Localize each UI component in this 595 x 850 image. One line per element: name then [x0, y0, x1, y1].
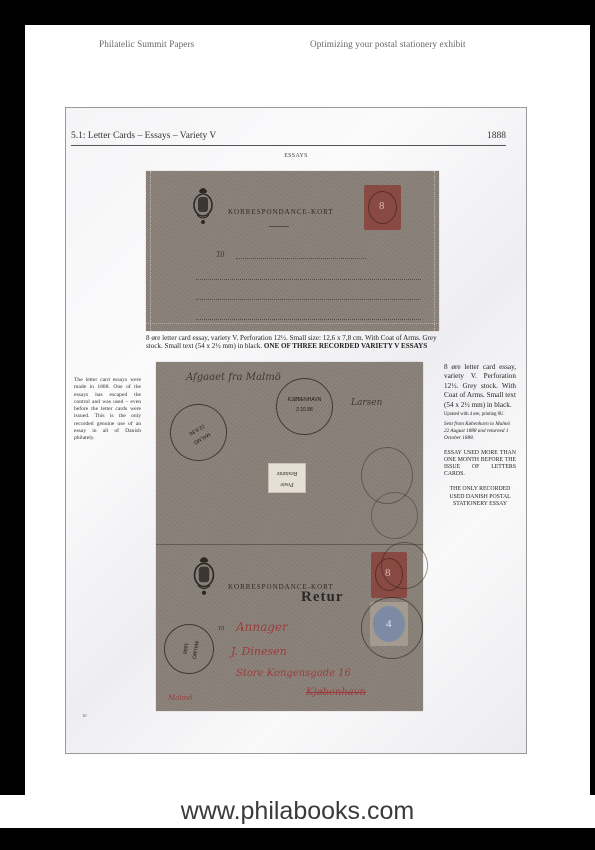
card-fold-line — [156, 544, 423, 545]
label-line-1: Poste — [269, 478, 305, 489]
postmark-on-adhesive — [361, 597, 423, 659]
postmark-faint-2 — [371, 492, 418, 539]
retur-handstamp: Retur — [301, 589, 344, 606]
imprinted-stamp-8-ore: 8 — [364, 185, 401, 230]
letter-card-essay-used: Afgaaet fra Malmö Larsen KJØBENHAVN 2.10… — [156, 362, 423, 711]
letter-card-essay-unused: KORRESPONDANCE-KORT Til 8 — [146, 171, 439, 331]
section-year: 1888 — [487, 131, 506, 141]
watermark-url[interactable]: www.philabooks.com — [0, 797, 595, 826]
postmark-date: 2.10.88 — [277, 407, 332, 413]
postmark-malmo: MALMÖ 22.8.88 — [160, 394, 238, 472]
right-note-caps-2: THE ONLY RECORDED USED DANISH POSTAL STA… — [444, 486, 516, 508]
postmark-town: KJØBENHAVN — [277, 397, 332, 403]
poste-restante-label: Poste Restante — [268, 463, 306, 493]
top-card-caption: 8 øre letter card essay, variety V. Perf… — [146, 334, 446, 351]
address-line-4 — [196, 319, 421, 320]
running-head-left: Philatelic Summit Papers — [99, 39, 194, 49]
manuscript-back: Afgaaet fra Malmö — [186, 372, 281, 383]
right-note-main: 8 øre letter card essay, variety V. Perf… — [444, 363, 516, 410]
right-side-note: 8 øre letter card essay, variety V. Perf… — [444, 363, 516, 508]
right-note-route: Sent from København to Malmö 22 August 1… — [444, 421, 516, 441]
manuscript-note: Malmö — [168, 694, 192, 702]
exhibit-page-frame: 5.1: Letter Cards – Essays – Variety V 1… — [65, 107, 527, 754]
til-label: Til — [218, 626, 224, 632]
page-number: 10 — [82, 713, 87, 718]
left-side-note: The letter card essays were made in 1888… — [74, 377, 141, 443]
address-line-1 — [236, 258, 366, 259]
perforation-left — [150, 171, 151, 331]
postmark-receiving: MALMÖ 1888 — [160, 620, 218, 678]
heading-rule — [269, 226, 289, 227]
postmark-on-imprint — [381, 542, 428, 589]
caption-bold: ONE OF THREE RECORDED VARIETY V ESSAYS — [264, 342, 427, 350]
coat-of-arms-icon — [191, 185, 215, 227]
manuscript-address-1: Annager — [236, 620, 288, 634]
stamp-value: 8 — [379, 200, 385, 212]
address-line-2 — [196, 279, 421, 280]
right-note-caps-1: ESSAY USED MORE THAN ONE MONTH BEFORE TH… — [444, 450, 516, 479]
label-line-2: Restante — [269, 467, 305, 478]
address-line-3 — [196, 299, 421, 300]
perforation-bottom — [146, 323, 439, 324]
manuscript-address-2: J. Dinesen — [231, 645, 287, 658]
section-divider — [71, 145, 506, 146]
essays-label: ESSAYS — [66, 153, 526, 159]
perforation-right — [434, 171, 435, 331]
card-heading: KORRESPONDANCE-KORT — [228, 208, 334, 216]
manuscript-signature: Larsen — [351, 398, 382, 408]
til-label: Til — [216, 250, 224, 259]
manuscript-address-3: Store Kongensgade 16 — [236, 668, 351, 679]
running-head-right: Optimizing your postal stationery exhibi… — [310, 39, 466, 49]
right-note-uprated: Uprated with 4 øre, printing 8U. — [444, 412, 516, 418]
postmark-kobenhavn: KJØBENHAVN 2.10.88 — [276, 378, 333, 435]
manuscript-address-4: Kjøbenhavn — [306, 687, 366, 698]
section-title: 5.1: Letter Cards – Essays – Variety V — [71, 131, 216, 141]
coat-of-arms-icon — [191, 554, 217, 598]
